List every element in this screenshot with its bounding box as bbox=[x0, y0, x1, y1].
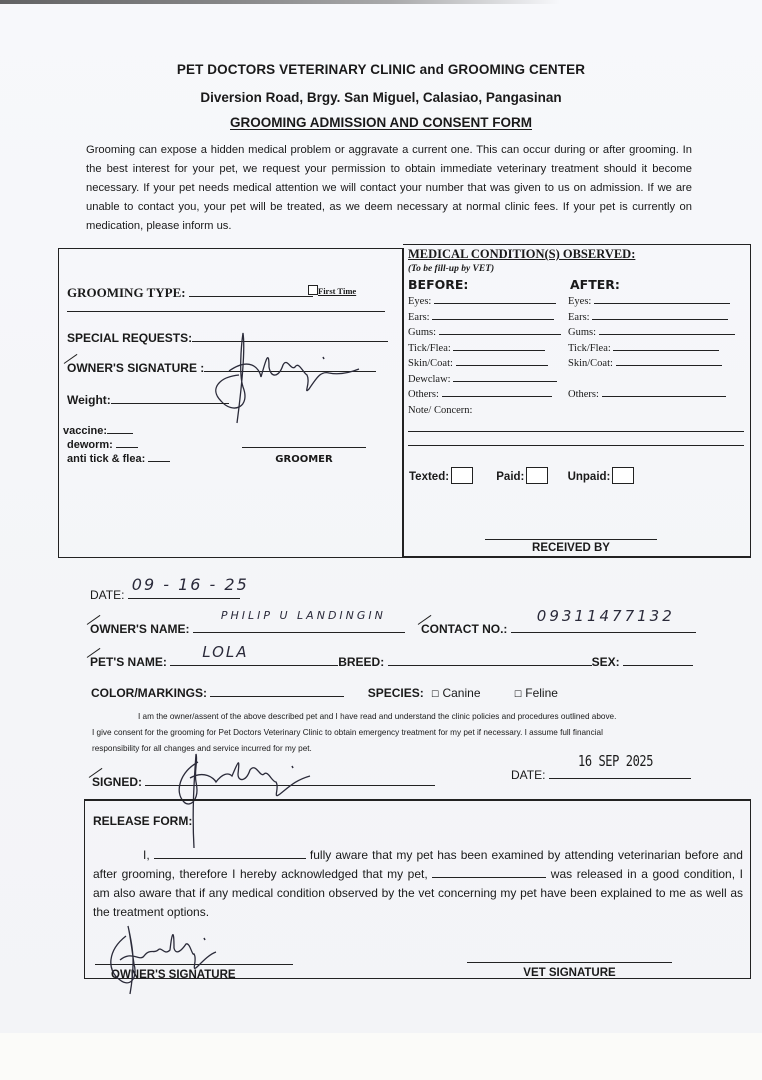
weight-row: Weight: bbox=[67, 393, 229, 407]
color-species-row: COLOR/MARKINGS: SPECIES: ☐ Canine ☐ Feli… bbox=[91, 686, 558, 700]
after-condition-label: Skin/Coat: bbox=[568, 358, 616, 369]
weight-field[interactable] bbox=[111, 403, 229, 404]
deworm-label: deworm: bbox=[67, 439, 113, 451]
date-label: DATE: bbox=[90, 588, 124, 602]
medical-title: MEDICAL CONDITION(S) OBSERVED: bbox=[408, 247, 635, 262]
after-condition-field[interactable] bbox=[594, 303, 730, 304]
species-label: SPECIES: bbox=[368, 686, 424, 700]
vet-signature-line[interactable] bbox=[467, 962, 672, 963]
after-condition-field[interactable] bbox=[599, 334, 735, 335]
before-condition-field[interactable] bbox=[453, 350, 545, 351]
before-condition-field[interactable] bbox=[432, 319, 554, 320]
release-owner-name-field[interactable] bbox=[154, 858, 306, 859]
grooming-panel: GROOMING TYPE: First Time SPECIAL REQUES… bbox=[58, 248, 404, 558]
color-markings-field[interactable] bbox=[210, 696, 344, 697]
treatments-list: vaccine: deworm: anti tick & flea: bbox=[63, 424, 170, 466]
release-paragraph: I, fully aware that my pet has been exam… bbox=[93, 846, 743, 922]
status-checkboxes: Texted: Paid: Unpaid: bbox=[409, 467, 634, 484]
after-condition-field[interactable] bbox=[592, 319, 728, 320]
after-condition-row bbox=[568, 374, 743, 390]
scan-bottom-margin bbox=[0, 1033, 762, 1080]
after-condition-row: Skin/Coat: bbox=[568, 358, 743, 374]
release-text-2: fully aware that my pet has been examine… bbox=[310, 848, 681, 862]
grooming-type-row: GROOMING TYPE: bbox=[67, 285, 313, 301]
sex-label: SEX: bbox=[592, 655, 620, 669]
clinic-address: Diversion Road, Brgy. San Miguel, Calasi… bbox=[0, 90, 762, 105]
before-condition-label: Eyes: bbox=[408, 296, 434, 307]
after-condition-row: Ears: bbox=[568, 312, 743, 328]
before-condition-field[interactable] bbox=[453, 381, 557, 382]
received-by-line[interactable] bbox=[485, 539, 657, 540]
owner-name-label: OWNER'S NAME: bbox=[90, 622, 190, 636]
unpaid-option[interactable]: Unpaid: bbox=[568, 471, 635, 483]
anti-tick-row: anti tick & flea: bbox=[63, 452, 170, 466]
species-canine-option[interactable]: ☐ Canine bbox=[431, 686, 480, 700]
after-condition-label: Tick/Flea: bbox=[568, 343, 613, 354]
first-time-checkbox[interactable] bbox=[308, 285, 318, 295]
consent-line-2: I give consent for the grooming for Pet … bbox=[92, 725, 704, 741]
after-condition-label: Eyes: bbox=[568, 296, 594, 307]
before-condition-field[interactable] bbox=[434, 303, 556, 304]
before-condition-row: Dewclaw: bbox=[408, 374, 568, 390]
owner-signature-label: OWNER'S SIGNATURE bbox=[67, 361, 197, 375]
canine-checkbox[interactable]: ☐ bbox=[431, 689, 439, 699]
species-feline-option[interactable]: ☐ Feline bbox=[514, 686, 558, 700]
color-markings-label: COLOR/MARKINGS: bbox=[91, 686, 207, 700]
texted-option[interactable]: Texted: bbox=[409, 471, 473, 483]
contact-value: 09311477132 bbox=[537, 607, 675, 625]
signed-label: SIGNED: bbox=[92, 775, 142, 789]
consent-date-field[interactable] bbox=[549, 778, 691, 779]
feline-checkbox[interactable]: ☐ bbox=[514, 689, 522, 699]
clinic-name: PET DOCTORS VETERINARY CLINIC and GROOMI… bbox=[0, 62, 762, 77]
release-owner-signature bbox=[100, 920, 260, 1000]
paid-checkbox[interactable] bbox=[526, 467, 548, 484]
grooming-type-line-2[interactable] bbox=[67, 311, 385, 312]
contact-row: CONTACT NO.: 09311477132 bbox=[421, 619, 696, 636]
before-condition-row: Gums: bbox=[408, 327, 568, 343]
before-heading: BEFORE: bbox=[408, 277, 468, 292]
note-concern-label: Note/ Concern: bbox=[408, 405, 472, 421]
grooming-type-label: GROOMING TYPE: bbox=[67, 285, 186, 300]
paid-label: Paid: bbox=[496, 471, 524, 483]
intro-paragraph: Grooming can expose a hidden medical pro… bbox=[86, 141, 692, 236]
before-condition-label: Gums: bbox=[408, 327, 439, 338]
pet-row: PET'S NAME: LOLA BREED: SEX: bbox=[90, 652, 693, 669]
pet-name-field[interactable]: LOLA bbox=[170, 652, 338, 666]
scanned-form-page: PET DOCTORS VETERINARY CLINIC and GROOMI… bbox=[0, 0, 762, 1080]
first-time-label: First Time bbox=[318, 286, 356, 296]
feline-label: Feline bbox=[525, 686, 558, 700]
date-field[interactable]: 09 - 16 - 25 bbox=[128, 585, 240, 599]
contact-label: CONTACT NO.: bbox=[421, 622, 507, 636]
before-condition-row: Ears: bbox=[408, 312, 568, 328]
vaccine-label: vaccine: bbox=[63, 425, 107, 437]
after-heading: AFTER: bbox=[570, 277, 620, 292]
form-title-text: GROOMING ADMISSION AND CONSENT FORM bbox=[230, 115, 532, 130]
weight-label: Weight: bbox=[67, 393, 111, 407]
paid-option[interactable]: Paid: bbox=[496, 471, 548, 483]
scan-edge bbox=[0, 0, 560, 4]
before-condition-label: Ears: bbox=[408, 312, 432, 323]
release-text-4: was released in a bbox=[551, 867, 648, 881]
deworm-row: deworm: bbox=[63, 438, 170, 452]
before-condition-row: Eyes: bbox=[408, 296, 568, 312]
medical-panel: MEDICAL CONDITION(S) OBSERVED: (To be fi… bbox=[403, 244, 751, 558]
owner-name-value: PHILIP U LANDINGIN bbox=[221, 609, 386, 622]
medical-subtitle: (To be fill-up by VET) bbox=[408, 264, 494, 274]
after-condition-row: Eyes: bbox=[568, 296, 743, 312]
groomer-label: GROOMER bbox=[242, 454, 366, 465]
before-condition-label: Others: bbox=[408, 389, 442, 400]
texted-label: Texted: bbox=[409, 471, 449, 483]
breed-label: BREED: bbox=[338, 655, 384, 669]
canine-label: Canine bbox=[442, 686, 480, 700]
texted-checkbox[interactable] bbox=[451, 467, 473, 484]
consent-line-1: I am the owner/assent of the above descr… bbox=[92, 709, 704, 725]
owner-name-field[interactable]: PHILIP U LANDINGIN bbox=[193, 619, 405, 633]
pet-name-value: LOLA bbox=[202, 643, 248, 661]
after-condition-label: Gums: bbox=[568, 327, 599, 338]
anti-tick-label: anti tick & flea: bbox=[67, 453, 145, 465]
consent-date-row: DATE: bbox=[511, 768, 691, 782]
vaccine-row: vaccine: bbox=[63, 424, 170, 438]
after-condition-row: Gums: bbox=[568, 327, 743, 343]
release-text-1: I, bbox=[93, 848, 150, 862]
before-condition-label: Tick/Flea: bbox=[408, 343, 453, 354]
consent-text: I am the owner/assent of the above descr… bbox=[92, 709, 704, 757]
before-condition-field[interactable] bbox=[456, 365, 548, 366]
after-condition-label: Ears: bbox=[568, 312, 592, 323]
date-row: DATE: 09 - 16 - 25 bbox=[90, 585, 240, 602]
note-line-2[interactable] bbox=[408, 445, 744, 446]
consent-date-stamp: 16 SEP 2025 bbox=[578, 752, 653, 770]
before-condition-label: Skin/Coat: bbox=[408, 358, 456, 369]
owner-name-row: OWNER'S NAME: PHILIP U LANDINGIN bbox=[90, 619, 405, 636]
contact-field[interactable]: 09311477132 bbox=[511, 619, 696, 633]
before-fields: Eyes: Ears: Gums: Tick/Flea: Skin/Coat: … bbox=[408, 296, 568, 405]
sex-field[interactable] bbox=[623, 665, 693, 666]
special-requests-label: SPECIAL REQUESTS: bbox=[67, 331, 192, 345]
after-condition-field[interactable] bbox=[602, 396, 726, 397]
pet-name-label: PET'S NAME: bbox=[90, 655, 167, 669]
vet-signature-label: VET SIGNATURE bbox=[467, 967, 672, 979]
after-fields: Eyes: Ears: Gums: Tick/Flea: Skin/Coat: … bbox=[568, 296, 743, 405]
after-condition-row: Others: bbox=[568, 389, 743, 405]
unpaid-label: Unpaid: bbox=[568, 471, 611, 483]
before-condition-label: Dewclaw: bbox=[408, 374, 453, 385]
release-pet-name-field[interactable] bbox=[432, 877, 546, 878]
form-title: GROOMING ADMISSION AND CONSENT FORM bbox=[0, 115, 762, 130]
note-line-1[interactable] bbox=[408, 431, 744, 432]
release-title: RELEASE FORM: bbox=[93, 814, 192, 828]
before-condition-row: Tick/Flea: bbox=[408, 343, 568, 359]
groomer-signature-line[interactable] bbox=[242, 447, 366, 448]
grooming-type-field[interactable] bbox=[189, 296, 313, 297]
after-condition-field[interactable] bbox=[613, 350, 719, 351]
owner-signature-1 bbox=[199, 327, 379, 427]
before-condition-row: Skin/Coat: bbox=[408, 358, 568, 374]
first-time-option[interactable]: First Time bbox=[308, 285, 356, 296]
breed-field[interactable] bbox=[388, 665, 592, 666]
received-by-label: RECEIVED BY bbox=[485, 542, 657, 554]
before-condition-field[interactable] bbox=[439, 334, 561, 335]
after-condition-row: Tick/Flea: bbox=[568, 343, 743, 359]
after-condition-label: Others: bbox=[568, 389, 602, 400]
before-condition-field[interactable] bbox=[442, 396, 552, 397]
after-condition-field[interactable] bbox=[616, 365, 722, 366]
unpaid-checkbox[interactable] bbox=[612, 467, 634, 484]
before-condition-row: Others: bbox=[408, 389, 568, 405]
anti-tick-field[interactable] bbox=[148, 461, 170, 462]
date-value: 09 - 16 - 25 bbox=[132, 575, 249, 594]
consent-date-label: DATE: bbox=[511, 768, 545, 782]
vaccine-field[interactable] bbox=[107, 433, 133, 434]
deworm-field[interactable] bbox=[116, 447, 138, 448]
